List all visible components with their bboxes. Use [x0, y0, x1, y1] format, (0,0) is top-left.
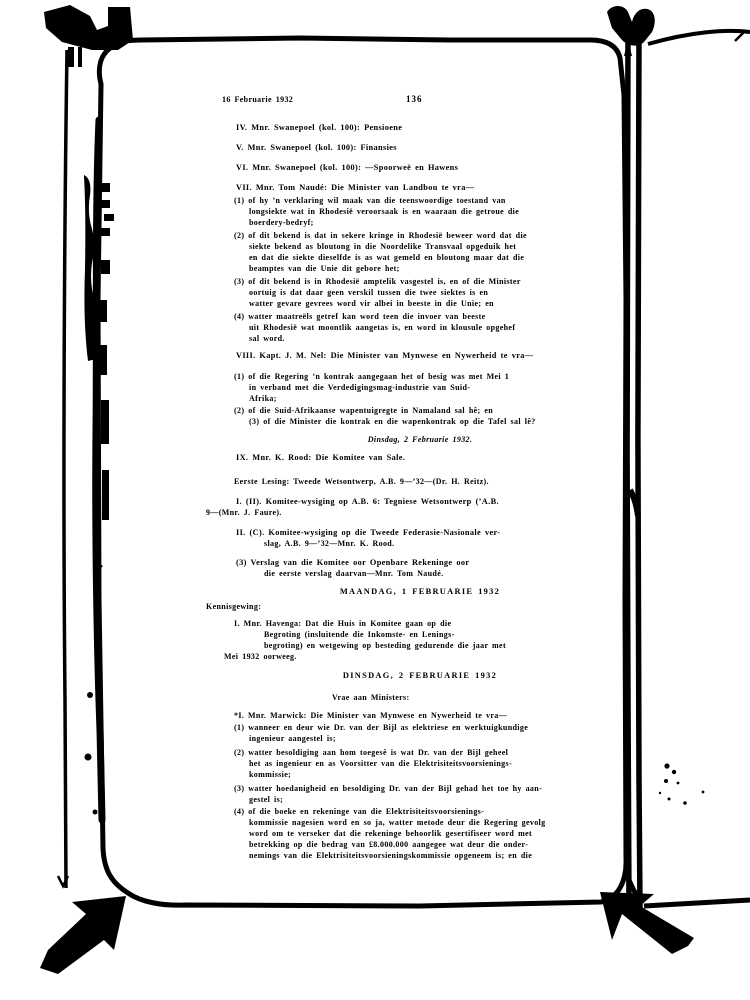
text-line: MAANDAG, 1 FEBRUARIE 1932 — [222, 586, 618, 597]
text-line: (4) watter maatreëls getref kan word tee… — [222, 311, 618, 322]
text-line: het as ingenieur en as Voorsitter van di… — [222, 758, 618, 769]
text-line: beamptes van die Unie dit gebore het; — [222, 263, 618, 274]
text-line: nemings van die Elektrisiteitsvoorsienin… — [222, 850, 618, 861]
text-line: oortuig is dat daar geen verskil tussen … — [222, 287, 618, 298]
right-page-speckles — [659, 763, 705, 804]
page-number: 136 — [406, 94, 423, 105]
text-line: (2) of die Suid-Afrikaanse wapentuigregt… — [222, 405, 618, 416]
text-line: en dat die siekte dieselfde is as wat ge… — [222, 252, 618, 263]
text-line: (3) watter hoedanigheid en besoldiging D… — [222, 783, 618, 794]
text-line: Dinsdag, 2 Februarie 1932. — [222, 434, 618, 445]
text-line: (3) of die Minister die kontrak en die w… — [222, 416, 618, 427]
text-line: ingenieur aangestel is; — [222, 733, 618, 744]
page-fold-lines — [627, 30, 641, 910]
text-line: kommissie nagesien word en so ja, watter… — [222, 817, 618, 828]
text-line: gestel is; — [222, 794, 618, 805]
page-header: 16 Februarie 1932 136 — [222, 94, 618, 106]
text-line: (4) of die boeke en rekeninge van die El… — [222, 806, 618, 817]
text-line: kommissie; — [222, 769, 618, 780]
left-margin-blotches — [58, 47, 114, 886]
text-line: die eerste verslag daarvan—Mnr. Tom Naud… — [222, 568, 618, 579]
registration-mark-top-left — [44, 5, 133, 50]
text-line: VIII. Kapt. J. M. Nel: Die Minister van … — [222, 350, 618, 361]
text-line: Eerste Lesing: Tweede Wetsontwerp, A.B. … — [222, 476, 618, 487]
text-line: Kennisgewing: — [206, 601, 618, 612]
text-line: in verband met die Verdedigingsmag-indus… — [222, 382, 618, 393]
text-line: *I. Mnr. Marwick: Die Minister van Mynwe… — [222, 710, 618, 721]
registration-mark-bottom-right — [600, 892, 694, 954]
text-line: Vrae aan Ministers: — [222, 692, 618, 703]
text-line: (2) of dit bekend is dat in sekere kring… — [222, 230, 618, 241]
film-edge-line — [64, 50, 67, 888]
registration-mark-bottom-left — [40, 896, 126, 974]
text-line: slag, A.B. 9—’32—Mnr. K. Rood. — [222, 538, 618, 549]
registration-mark-top-right — [607, 6, 655, 56]
text-line: IV. Mnr. Swanepoel (kol. 100): Pensioene — [222, 122, 618, 133]
text-line: VI. Mnr. Swanepoel (kol. 100): —Spoorweë… — [222, 162, 618, 173]
text-line: (1) of hy ’n verklaring wil maak van die… — [222, 195, 618, 206]
text-line: (1) of die Regering ’n kontrak aangegaan… — [222, 371, 618, 382]
body-lines: IV. Mnr. Swanepoel (kol. 100): Pensioene… — [222, 122, 618, 861]
text-line: (2) watter besoldiging aan hom toegesê i… — [222, 747, 618, 758]
text-line: Begroting (insluitende die Inkomste- en … — [222, 629, 618, 640]
header-date: 16 Februarie 1932 — [222, 94, 293, 105]
text-line: DINSDAG, 2 FEBRUARIE 1932 — [222, 670, 618, 681]
text-line: I. (II). Komitee-wysiging op A.B. 6: Teg… — [222, 496, 618, 507]
text-line: uit Rhodesië wat moontlik aangetas is, e… — [222, 322, 618, 333]
adjacent-page-edges — [644, 30, 750, 906]
text-line: II. (C). Komitee-wysiging op die Tweede … — [222, 527, 618, 538]
text-line: Afrika; — [222, 393, 618, 404]
text-line: sal word. — [222, 333, 618, 344]
text-line: IX. Mnr. K. Rood: Die Komitee van Sale. — [222, 452, 618, 463]
text-line: siekte bekend as bloutong in die Noordel… — [222, 241, 618, 252]
text-line: boerdery-bedryf; — [222, 217, 618, 228]
text-line: Mei 1932 oorweeg. — [222, 651, 618, 662]
text-line: V. Mnr. Swanepoel (kol. 100): Finansies — [222, 142, 618, 153]
text-line: 9—(Mnr. J. Faure). — [206, 507, 618, 518]
text-column: 16 Februarie 1932 136 IV. Mnr. Swanepoel… — [222, 94, 618, 861]
text-line: VII. Mnr. Tom Naudé: Die Minister van La… — [222, 182, 618, 193]
text-line: watter gevare gevrees word vir albei in … — [222, 298, 618, 309]
text-line: begroting) en wetgewing op besteding ged… — [222, 640, 618, 651]
text-line: longsiekte wat in Rhodesië veroorsaak is… — [222, 206, 618, 217]
text-line: (1) wanneer en deur wie Dr. van der Bijl… — [222, 722, 618, 733]
text-line: word om te verseker dat die rekeninge be… — [222, 828, 618, 839]
text-line: (3) of dit bekend is in Rhodesië ampteli… — [222, 276, 618, 287]
text-line: (3) Verslag van die Komitee oor Openbare… — [222, 557, 618, 568]
scanned-page: 16 Februarie 1932 136 IV. Mnr. Swanepoel… — [0, 0, 750, 1000]
text-line: I. Mnr. Havenga: Dat die Huis in Komitee… — [222, 618, 618, 629]
text-line: betrekking op die bedrag van £8.000.000 … — [222, 839, 618, 850]
